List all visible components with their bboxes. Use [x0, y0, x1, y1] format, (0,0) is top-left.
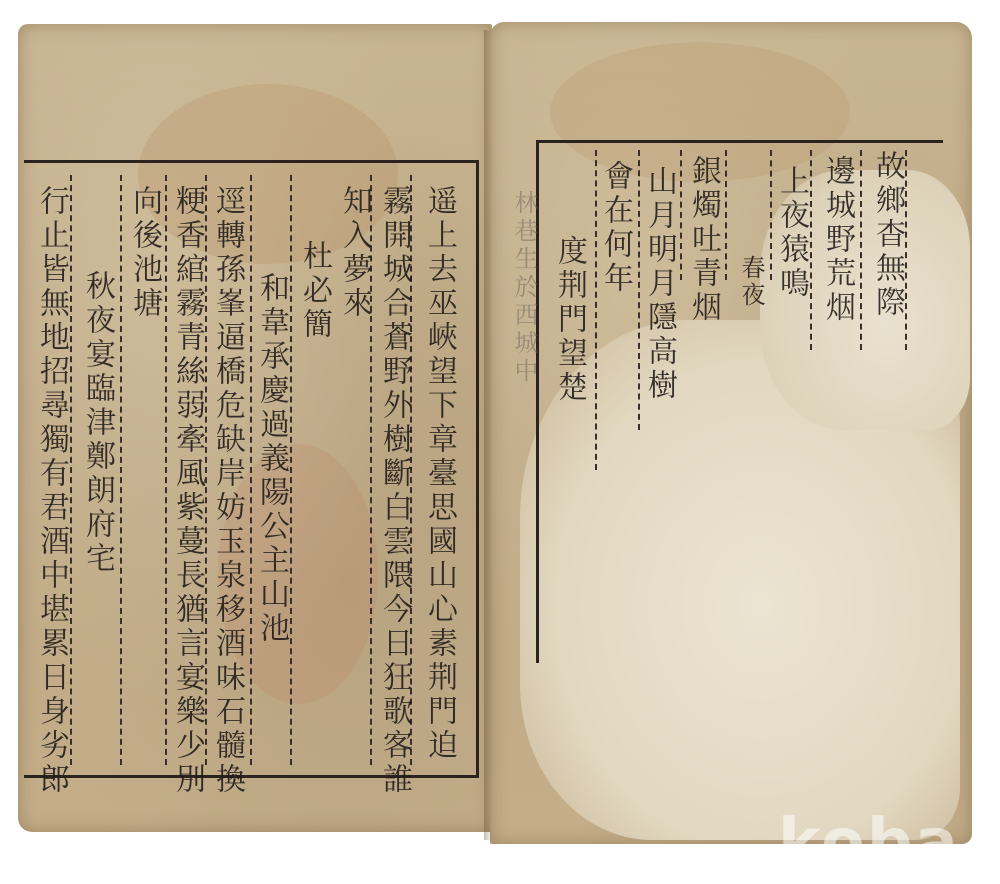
text-column: 粳香綰霧青絲弱牽風紫蔓長猶言宴樂少別	[168, 185, 206, 797]
text-column: 行止皆無地招尋獨有君酒中堪累日身劣郎	[32, 185, 70, 797]
poem-title: 春夜	[732, 255, 770, 309]
text-column: 上夜猿鳴	[772, 165, 810, 301]
text-column: 會在何年	[596, 160, 634, 296]
book-spine	[484, 30, 498, 840]
author-name: 杜必簡	[295, 240, 333, 342]
text-column: 逕轉孫峯逼橋危缺岸妨玉泉移酒味石髓換	[208, 185, 246, 797]
text-column: 向後池塘	[125, 185, 163, 321]
poem-title: 和韋承慶過義陽公主山池	[252, 272, 290, 646]
poem-title: 度荆門望楚	[550, 235, 588, 405]
text-column: 遥上去巫峽望下章臺思國山心素荆門迫	[420, 185, 458, 763]
poem-title: 秋夜宴臨津鄭朗府宅	[78, 270, 116, 576]
text-column: 山月明月隱高樹	[640, 165, 678, 403]
text-column: 霧開城合蒼野外樹斷白雲隈今日狂歌客誰	[375, 185, 413, 797]
text-column: 邊城野荒烟	[818, 155, 856, 325]
open-book: 遥上去巫峽望下章臺思國山心素荆門迫 霧開城合蒼野外樹斷白雲隈今日狂歌客誰 知入夢…	[0, 0, 1000, 884]
watermark: koba	[778, 806, 960, 880]
text-column: 故鄉杳無際	[868, 150, 906, 320]
text-column: 知入夢來	[335, 185, 373, 321]
marginal-handwriting: 林巷生於西城中	[505, 190, 543, 386]
text-column: 銀燭吐青烟	[684, 155, 722, 325]
